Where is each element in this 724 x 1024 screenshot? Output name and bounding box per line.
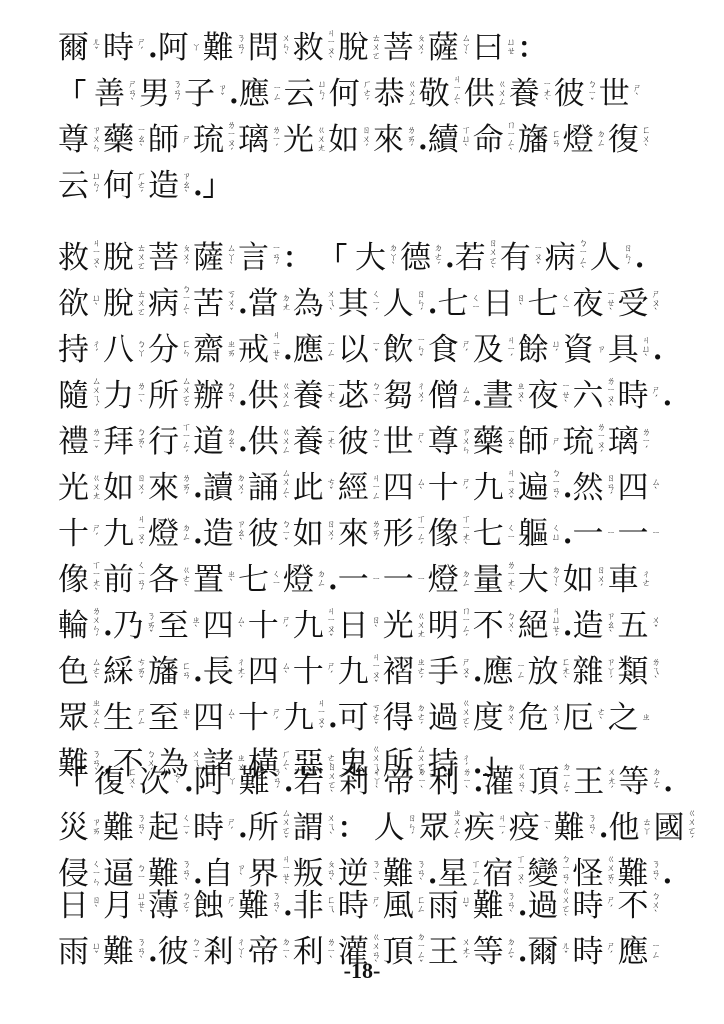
annotated-character: 一ㄧ bbox=[618, 516, 663, 552]
zhuyin-annotation: ㄖˋ bbox=[90, 897, 103, 915]
hanzi: 十 bbox=[248, 608, 279, 644]
punctuation: . bbox=[238, 378, 248, 414]
hanzi: 若 bbox=[455, 240, 486, 276]
hanzi: 等 bbox=[618, 764, 649, 800]
annotated-character: 明ㄇㄧㄥˊ bbox=[428, 608, 473, 644]
annotated-character: 若ㄖㄨㄛˋ bbox=[294, 764, 339, 800]
zhuyin-annotation: ㄗㄨㄣ bbox=[460, 429, 473, 456]
hanzi: 眾 bbox=[419, 810, 450, 846]
hanzi: 應 bbox=[239, 76, 270, 112]
annotated-character: 利ㄌㄧˋ bbox=[429, 764, 474, 800]
annotated-character: 次ㄘˋ bbox=[139, 764, 184, 800]
hanzi: 各 bbox=[148, 562, 179, 598]
annotated-character: 力ㄌㄧˋ bbox=[103, 378, 148, 414]
zhuyin-annotation: ㄌㄧˋ bbox=[135, 383, 148, 410]
zhuyin-annotation: ㄕˊ bbox=[460, 341, 473, 359]
zhuyin-annotation: ㄐㄧㄡˇ bbox=[325, 608, 338, 644]
hanzi: 七 bbox=[438, 286, 469, 322]
hanzi: 續 bbox=[428, 122, 459, 158]
punctuation: . bbox=[518, 888, 528, 924]
annotated-character: 七ㄑㄧ bbox=[528, 286, 573, 322]
hanzi: 」 bbox=[203, 168, 231, 204]
annotated-character: 形ㄒㄧㄥˊ bbox=[383, 516, 428, 552]
zhuyin-annotation: ㄙˋ bbox=[235, 617, 248, 635]
zhuyin-annotation: ㄒㄧㄤˋ bbox=[460, 516, 473, 552]
hanzi: 藥 bbox=[103, 122, 134, 158]
zhuyin-annotation: ㄍㄨㄤ bbox=[315, 127, 328, 154]
punctuation: . bbox=[563, 470, 573, 506]
zhuyin-annotation: ㄆㄨˊ bbox=[180, 245, 193, 272]
hanzi: 七 bbox=[528, 286, 559, 322]
hanzi: . bbox=[238, 424, 248, 460]
zhuyin-annotation: ㄉㄨˊ bbox=[235, 475, 248, 502]
hanzi: 其 bbox=[338, 286, 369, 322]
zhuyin-annotation: ㄧ bbox=[415, 576, 428, 585]
zhuyin-annotation: ㄈㄣ bbox=[180, 341, 193, 359]
hanzi: 經 bbox=[338, 470, 369, 506]
annotated-character: 月ㄩㄝˋ bbox=[103, 888, 148, 924]
hanzi: 人 bbox=[374, 810, 405, 846]
annotated-character: 燈ㄉㄥ bbox=[563, 122, 608, 158]
annotated-character: 十ㄕˊ bbox=[238, 700, 283, 736]
annotated-character: 旛ㄈㄢ bbox=[148, 654, 193, 690]
zhuyin-annotation: ㄦˇ bbox=[90, 39, 103, 57]
hanzi: 以 bbox=[338, 332, 369, 368]
zhuyin-annotation: ㄨㄤˊ bbox=[605, 769, 618, 796]
zhuyin-annotation: ㄖㄣˊ bbox=[622, 245, 635, 272]
zhuyin-annotation: ㄐㄧㄝˋ bbox=[270, 332, 283, 368]
zhuyin-annotation: ㄉㄥ bbox=[315, 571, 328, 589]
zhuyin-annotation: ㄙㄨㄛˇ bbox=[280, 810, 293, 846]
annotated-character: 日ㄖˋ bbox=[338, 608, 383, 644]
annotated-character: 四ㄙˋ bbox=[383, 470, 428, 506]
zhuyin-annotation: ㄅㄧˋ bbox=[370, 383, 383, 410]
zhuyin-annotation: ㄓㄞ bbox=[225, 341, 238, 359]
zhuyin-annotation: ㄋㄢˋ bbox=[135, 815, 148, 842]
hanzi: 四 bbox=[383, 470, 414, 506]
hanzi: 命 bbox=[473, 122, 504, 158]
zhuyin-annotation: ㄙㄚˋ bbox=[460, 35, 473, 62]
annotated-character: 尊ㄗㄨㄣ bbox=[428, 424, 473, 460]
zhuyin-annotation: ㄕˋ bbox=[631, 85, 644, 103]
hanzi: . bbox=[563, 470, 573, 506]
punctuation: . bbox=[103, 608, 113, 644]
zhuyin-annotation: ㄅㄨˋ bbox=[650, 893, 663, 920]
hanzi: 至 bbox=[158, 608, 189, 644]
annotated-character: 言ㄧㄢˊ bbox=[238, 240, 283, 276]
hanzi: 九 bbox=[293, 608, 324, 644]
punctuation: . bbox=[474, 764, 484, 800]
hanzi: 日 bbox=[338, 608, 369, 644]
annotated-character: 持ㄔˊ bbox=[58, 332, 103, 368]
zhuyin-annotation: ㄙㄚˋ bbox=[225, 245, 238, 272]
hanzi: 造 bbox=[148, 168, 179, 204]
annotated-character: 色ㄙㄜˋ bbox=[58, 654, 103, 690]
hanzi: 此 bbox=[293, 470, 324, 506]
hanzi: 如 bbox=[103, 470, 134, 506]
zhuyin-annotation: ㄔㄚˋ bbox=[371, 769, 384, 796]
annotated-character: 造ㄗㄠˋ bbox=[148, 168, 193, 204]
annotated-character: 一ㄧ bbox=[383, 562, 428, 598]
hanzi: . bbox=[635, 240, 645, 276]
annotated-character: 夜ㄧㄝˋ bbox=[573, 286, 618, 322]
hanzi: 薄 bbox=[148, 888, 179, 924]
hanzi: 師 bbox=[518, 424, 549, 460]
annotated-character: 齋ㄓㄞ bbox=[193, 332, 238, 368]
zhuyin-annotation: ㄉㄥˇ bbox=[650, 769, 663, 796]
zhuyin-annotation: ㄐㄧㄡˇ bbox=[370, 654, 383, 690]
annotated-character: 頂ㄉㄧㄥˇ bbox=[528, 764, 573, 800]
zhuyin-annotation: ㄗㄚˊ bbox=[605, 659, 618, 686]
annotated-character: 輪ㄌㄨㄣˊ bbox=[58, 608, 103, 644]
annotated-character: 薩ㄙㄚˋ bbox=[193, 240, 238, 276]
zhuyin-annotation: ㄗㄠˋ bbox=[605, 613, 618, 640]
annotated-character: 光ㄍㄨㄤ bbox=[58, 470, 103, 506]
punctuation: . bbox=[193, 654, 203, 690]
punctuation: ： bbox=[338, 810, 374, 846]
zhuyin-annotation: ㄩˇ bbox=[460, 897, 473, 915]
annotated-character: 尊ㄗㄨㄣ bbox=[58, 122, 103, 158]
zhuyin-annotation: ㄩㄝ bbox=[505, 39, 518, 57]
annotated-character: 風ㄈㄥ bbox=[383, 888, 428, 924]
hanzi: 脫 bbox=[103, 286, 134, 322]
hanzi: . bbox=[563, 608, 573, 644]
text-line: 救ㄐㄧㄡˋ脫ㄊㄨㄛ菩ㄆㄨˊ薩ㄙㄚˋ言ㄧㄢˊ：「大ㄉㄚˋ德ㄉㄜˊ.若ㄖㄨㄛˋ有ㄧㄡ… bbox=[58, 238, 645, 278]
hanzi: 「 bbox=[58, 764, 86, 800]
hanzi: 食 bbox=[428, 332, 459, 368]
annotated-character: 八ㄅㄚ bbox=[103, 332, 148, 368]
zhuyin-annotation: ㄈㄨˋ bbox=[640, 127, 653, 154]
annotated-character: 琉ㄌㄧㄡˊ bbox=[193, 122, 238, 158]
hanzi: 彼 bbox=[338, 424, 369, 460]
zhuyin-annotation: ㄋㄢˋ bbox=[505, 893, 518, 920]
hanzi: . bbox=[473, 654, 483, 690]
annotated-character: 供ㄍㄨㄥ bbox=[464, 76, 509, 112]
annotated-character: 眾ㄓㄨㄥˋ bbox=[419, 810, 464, 846]
zhuyin-annotation: ㄉㄧㄥˇ bbox=[560, 764, 573, 800]
annotated-character: 飲ㄧㄣˇ bbox=[383, 332, 428, 368]
zhuyin-annotation: ㄕˊ bbox=[135, 39, 148, 57]
hanzi: 晝 bbox=[483, 378, 514, 414]
text-line: 云ㄩㄣˊ何ㄏㄜˊ造ㄗㄠˋ.」 bbox=[58, 166, 231, 206]
hanzi: 世 bbox=[599, 76, 630, 112]
hanzi: . bbox=[238, 378, 248, 414]
zhuyin-annotation: ㄌㄟˋ bbox=[650, 659, 663, 686]
hanzi: 供 bbox=[464, 76, 495, 112]
annotated-character: 菩ㄆㄨˊ bbox=[148, 240, 193, 276]
punctuation: . bbox=[283, 332, 293, 368]
hanzi: 一 bbox=[383, 562, 414, 598]
annotated-character: 如ㄖㄨˊ bbox=[293, 516, 338, 552]
zhuyin-annotation: ㄌㄧˊ bbox=[640, 429, 653, 456]
hanzi: 生 bbox=[103, 700, 134, 736]
zhuyin-annotation: ㄗˋ bbox=[235, 865, 248, 883]
hanzi: 具 bbox=[608, 332, 639, 368]
hanzi: 救 bbox=[293, 30, 324, 66]
punctuation: ： bbox=[283, 240, 319, 276]
zhuyin-annotation: ㄖˋ bbox=[370, 617, 383, 635]
zhuyin-annotation: ㄓㄨㄥˋ bbox=[451, 810, 464, 846]
annotated-character: 云ㄩㄣˊ bbox=[284, 76, 329, 112]
hanzi: 敬 bbox=[419, 76, 450, 112]
annotated-character: 若ㄖㄨㄛˋ bbox=[455, 240, 500, 276]
zhuyin-annotation: ㄧㄠˋ bbox=[505, 429, 518, 456]
annotated-character: 何ㄏㄜˊ bbox=[103, 168, 148, 204]
zhuyin-annotation: ㄧˇ bbox=[370, 341, 383, 359]
hanzi: 四 bbox=[248, 654, 279, 690]
annotated-character: 芻ㄔㄨˊ bbox=[383, 378, 428, 414]
zhuyin-annotation: ㄋㄢˋ bbox=[180, 861, 193, 888]
hanzi: 尊 bbox=[428, 424, 459, 460]
annotated-character: 十ㄕˊ bbox=[428, 470, 473, 506]
zhuyin-annotation: ㄘˋ bbox=[171, 773, 184, 791]
zhuyin-annotation: ㄌㄞˊ bbox=[180, 475, 193, 502]
text-line: 像ㄒㄧㄤˋ前ㄑㄧㄢˊ各ㄍㄜˋ置ㄓˋ七ㄑㄧ燈ㄉㄥ.一ㄧ一ㄧ燈ㄉㄥ量ㄌㄧㄤˋ大ㄉㄚˋ… bbox=[58, 560, 653, 600]
punctuation: 「 bbox=[58, 76, 94, 112]
zhuyin-annotation: ㄩˋ bbox=[90, 295, 103, 313]
zhuyin-annotation: ㄉㄠˋ bbox=[225, 429, 238, 456]
annotated-character: 戒ㄐㄧㄝˋ bbox=[238, 332, 283, 368]
hanzi: 有 bbox=[500, 240, 531, 276]
annotated-character: 軀ㄑㄩ bbox=[518, 516, 563, 552]
zhuyin-annotation: ㄙㄨㄥˋ bbox=[280, 470, 293, 506]
zhuyin-annotation: ㄐㄧㄡˇ bbox=[505, 470, 518, 506]
punctuation: . bbox=[193, 516, 203, 552]
zhuyin-annotation: ㄅㄧˇ bbox=[586, 81, 599, 108]
annotated-character: 放ㄈㄤˋ bbox=[528, 654, 573, 690]
annotated-character: 續ㄒㄩˋ bbox=[428, 122, 473, 158]
annotated-character: 類ㄌㄟˋ bbox=[618, 654, 663, 690]
annotated-character: 時ㄕˊ bbox=[193, 810, 238, 846]
hanzi: 讀 bbox=[203, 470, 234, 506]
hanzi: 災 bbox=[58, 810, 89, 846]
zhuyin-annotation: ㄧㄠˋ bbox=[135, 127, 148, 154]
zhuyin-annotation: ㄐㄧㄥˋ bbox=[451, 76, 464, 112]
annotated-character: 四ㄙˋ bbox=[203, 608, 248, 644]
hanzi: . bbox=[238, 810, 248, 846]
punctuation: . bbox=[193, 168, 203, 204]
hanzi: 復 bbox=[608, 122, 639, 158]
hanzi: 僧 bbox=[428, 378, 459, 414]
hanzi: 不 bbox=[618, 888, 649, 924]
hanzi: 王 bbox=[573, 764, 604, 800]
zhuyin-annotation: ㄉㄜˊ bbox=[415, 705, 428, 732]
hanzi: 所 bbox=[148, 378, 179, 414]
hanzi: 脫 bbox=[103, 240, 134, 276]
hanzi: 像 bbox=[58, 562, 89, 598]
annotated-character: 難ㄋㄢˋ bbox=[238, 888, 283, 924]
zhuyin-annotation: ㄩㄣˊ bbox=[90, 173, 103, 200]
zhuyin-annotation: ㄏㄜˊ bbox=[135, 173, 148, 200]
zhuyin-annotation: ㄒㄩˋ bbox=[460, 127, 473, 154]
zhuyin-annotation: ㄕ bbox=[550, 438, 563, 447]
annotated-character: 供ㄍㄨㄥ bbox=[248, 378, 293, 414]
hanzi: . bbox=[283, 332, 293, 368]
zhuyin-annotation: ㄧㄤˋ bbox=[325, 429, 338, 456]
annotated-character: 養ㄧㄤˋ bbox=[509, 76, 554, 112]
hanzi: 及 bbox=[473, 332, 504, 368]
zhuyin-annotation: ㄧㄣˇ bbox=[415, 337, 428, 364]
hanzi: 云 bbox=[58, 168, 89, 204]
annotated-character: 造ㄗㄠˋ bbox=[573, 608, 618, 644]
annotated-character: 不ㄅㄨˋ bbox=[618, 888, 663, 924]
text-line: 災ㄗㄞ難ㄋㄢˋ起ㄑㄧˇ時ㄕˊ.所ㄙㄨㄛˇ謂ㄨㄟˋ：人ㄖㄣˊ眾ㄓㄨㄥˋ疾ㄐㄧˊ疫ㄧ… bbox=[58, 808, 699, 848]
hanzi: 爾 bbox=[58, 30, 89, 66]
zhuyin-annotation: ㄎㄨˇ bbox=[225, 291, 238, 318]
hanzi: 藥 bbox=[473, 424, 504, 460]
zhuyin-annotation: ㄓㄜˊ bbox=[415, 659, 428, 686]
hanzi: 供 bbox=[248, 378, 279, 414]
zhuyin-annotation: ㄌㄧㄡˋ bbox=[605, 378, 618, 414]
annotated-character: 復ㄈㄨˋ bbox=[608, 122, 653, 158]
annotated-character: 疾ㄐㄧˊ bbox=[464, 810, 509, 846]
hanzi: 彼 bbox=[554, 76, 585, 112]
zhuyin-annotation: ㄐㄧˊ bbox=[505, 337, 518, 364]
zhuyin-annotation: ㄅㄢˋ bbox=[225, 383, 238, 410]
hanzi: . bbox=[599, 810, 609, 846]
hanzi: 十 bbox=[238, 700, 269, 736]
hanzi: 十 bbox=[428, 470, 459, 506]
zhuyin-annotation: ㄧㄤˋ bbox=[541, 81, 554, 108]
annotated-character: 五ㄨˇ bbox=[618, 608, 663, 644]
annotated-character: 十ㄕˊ bbox=[58, 516, 103, 552]
zhuyin-annotation: ㄌㄧㄡˊ bbox=[225, 122, 238, 158]
annotated-character: 薄ㄅㄛˊ bbox=[148, 888, 193, 924]
hanzi: 人 bbox=[590, 240, 621, 276]
zhuyin-annotation: ㄆㄢˋ bbox=[325, 861, 338, 888]
zhuyin-annotation: ㄊㄨㄛ bbox=[135, 245, 148, 272]
hanzi: 難 bbox=[103, 810, 134, 846]
zhuyin-annotation: ㄓˋ bbox=[225, 571, 238, 589]
hanzi: 六 bbox=[573, 378, 604, 414]
zhuyin-annotation: ㄍㄨㄥ bbox=[280, 383, 293, 410]
hanzi: 頂 bbox=[528, 764, 559, 800]
annotated-character: 道ㄉㄠˋ bbox=[193, 424, 238, 460]
zhuyin-annotation: ㄌㄧˇ bbox=[90, 429, 103, 456]
zhuyin-annotation: ㄉㄤ bbox=[280, 295, 293, 313]
annotated-character: 僧ㄙㄥ bbox=[428, 378, 473, 414]
hanzi: 分 bbox=[148, 332, 179, 368]
text-line: 日ㄖˋ月ㄩㄝˋ薄ㄅㄛˊ蝕ㄕˊ難ㄋㄢˋ.非ㄈㄟ時ㄕˊ風ㄈㄥ雨ㄩˇ難ㄋㄢˋ.過ㄍㄨㄛ… bbox=[58, 886, 663, 926]
hanzi: 欲 bbox=[58, 286, 89, 322]
annotated-character: 應ㄧㄥ bbox=[483, 654, 528, 690]
hanzi: 光 bbox=[383, 608, 414, 644]
annotated-character: 褶ㄓㄜˊ bbox=[383, 654, 428, 690]
punctuation: . bbox=[238, 424, 248, 460]
annotated-character: 以ㄧˇ bbox=[338, 332, 383, 368]
zhuyin-annotation: ㄍㄨㄤ bbox=[415, 613, 428, 640]
annotated-character: 誦ㄙㄨㄥˋ bbox=[248, 470, 293, 506]
punctuation: . bbox=[283, 888, 293, 924]
annotated-character: 禮ㄌㄧˇ bbox=[58, 424, 103, 460]
hanzi: 一 bbox=[573, 516, 604, 552]
hanzi: . bbox=[328, 562, 338, 598]
annotated-character: 如ㄖㄨˊ bbox=[328, 122, 373, 158]
hanzi: 危 bbox=[518, 700, 549, 736]
punctuation: . bbox=[428, 286, 438, 322]
text-line: 十ㄕˊ九ㄐㄧㄡˇ燈ㄉㄥ.造ㄗㄠˋ彼ㄅㄧˇ如ㄖㄨˊ來ㄌㄞˊ形ㄒㄧㄥˊ像ㄒㄧㄤˋ七ㄑ… bbox=[58, 514, 663, 554]
hanzi: 長 bbox=[203, 654, 234, 690]
zhuyin-annotation: ㄙㄨㄟˊ bbox=[90, 378, 103, 414]
hanzi: 過 bbox=[528, 888, 559, 924]
punctuation: . bbox=[148, 30, 158, 66]
annotated-character: 度ㄉㄨˋ bbox=[473, 700, 518, 736]
zhuyin-annotation: ㄔˊ bbox=[90, 341, 103, 359]
zhuyin-annotation: ㄈㄤˋ bbox=[560, 659, 573, 686]
text-line: 禮ㄌㄧˇ拜ㄅㄞˋ行ㄒㄧㄥˊ道ㄉㄠˋ.供ㄍㄨㄥ養ㄧㄤˋ彼ㄅㄧˇ世ㄕˋ尊ㄗㄨㄣ藥ㄧㄠ… bbox=[58, 422, 653, 462]
annotated-character: 生ㄕㄥ bbox=[103, 700, 148, 736]
zhuyin-annotation: ㄒㄧㄥˊ bbox=[180, 424, 193, 460]
annotated-character: 病ㄅㄧㄥˋ bbox=[545, 240, 590, 276]
zhuyin-annotation: ㄅㄧㄢˋ bbox=[550, 470, 563, 506]
annotated-character: 乃ㄋㄞˇ bbox=[113, 608, 158, 644]
zhuyin-annotation: ㄊㄨㄛ bbox=[135, 291, 148, 318]
hanzi: . bbox=[103, 608, 113, 644]
hanzi: . bbox=[193, 168, 203, 204]
hanzi: ： bbox=[338, 810, 366, 846]
zhuyin-annotation: ㄅㄨˋ bbox=[505, 613, 518, 640]
text-line: 隨ㄙㄨㄟˊ力ㄌㄧˋ所ㄙㄨㄛˇ辦ㄅㄢˋ.供ㄍㄨㄥ養ㄧㄤˋ苾ㄅㄧˋ芻ㄔㄨˊ僧ㄙㄥ.晝… bbox=[58, 376, 672, 416]
hanzi: 夜 bbox=[528, 378, 559, 414]
annotated-character: 其ㄑㄧˊ bbox=[338, 286, 383, 322]
annotated-character: 得ㄉㄜˊ bbox=[383, 700, 428, 736]
annotated-character: 人ㄖㄣˊ bbox=[383, 286, 428, 322]
zhuyin-annotation: ㄜˋ bbox=[595, 709, 608, 727]
hanzi: 前 bbox=[103, 562, 134, 598]
punctuation: . bbox=[328, 700, 338, 736]
annotated-character: 德ㄉㄜˊ bbox=[400, 240, 445, 276]
hanzi: . bbox=[473, 378, 483, 414]
hanzi: . bbox=[193, 470, 203, 506]
annotated-character: 九ㄐㄧㄡˇ bbox=[293, 608, 338, 644]
annotated-character: 曰ㄩㄝ bbox=[473, 30, 518, 66]
annotated-character: 如ㄖㄨˊ bbox=[563, 562, 608, 598]
hanzi: 難 bbox=[473, 888, 504, 924]
zhuyin-annotation: ㄅㄧ bbox=[135, 865, 148, 883]
annotated-character: 十ㄕˊ bbox=[248, 608, 293, 644]
annotated-character: 遍ㄅㄧㄢˋ bbox=[518, 470, 563, 506]
hanzi: 薩 bbox=[193, 240, 224, 276]
annotated-character: 前ㄑㄧㄢˊ bbox=[103, 562, 148, 598]
hanzi: 利 bbox=[429, 764, 460, 800]
annotated-character: 時ㄕˊ bbox=[618, 378, 663, 414]
annotated-character: 藥ㄧㄠˋ bbox=[473, 424, 518, 460]
zhuyin-annotation: ㄌㄞˊ bbox=[405, 127, 418, 154]
hanzi: 雨 bbox=[428, 888, 459, 924]
zhuyin-annotation: ㄓˋ bbox=[190, 617, 203, 635]
hanzi: 風 bbox=[383, 888, 414, 924]
annotated-character: 之ㄓ bbox=[608, 700, 653, 736]
hanzi: 綵 bbox=[103, 654, 134, 690]
annotated-character: 脫ㄊㄨㄛ bbox=[103, 286, 148, 322]
punctuation: . bbox=[663, 764, 673, 800]
annotated-character: 阿ㄚ bbox=[194, 764, 239, 800]
annotated-character: 長ㄔㄤˊ bbox=[203, 654, 248, 690]
hanzi: 一 bbox=[618, 516, 649, 552]
text-line: 持ㄔˊ八ㄅㄚ分ㄈㄣ齋ㄓㄞ戒ㄐㄧㄝˋ.應ㄧㄥ以ㄧˇ飲ㄧㄣˇ食ㄕˊ及ㄐㄧˊ餘ㄩˊ資ㄗ… bbox=[58, 330, 663, 370]
annotated-character: 七ㄑㄧ bbox=[438, 286, 483, 322]
annotated-character: 過ㄍㄨㄛˋ bbox=[428, 700, 473, 736]
annotated-character: 男ㄋㄢˊ bbox=[139, 76, 184, 112]
hanzi: 度 bbox=[473, 700, 504, 736]
annotated-character: 難ㄋㄢˋ bbox=[554, 810, 599, 846]
hanzi: 手 bbox=[428, 654, 459, 690]
zhuyin-annotation: ㄌㄧㄤˋ bbox=[505, 562, 518, 598]
zhuyin-annotation: ㄒㄧㄥˊ bbox=[415, 516, 428, 552]
annotated-character: 起ㄑㄧˇ bbox=[148, 810, 193, 846]
zhuyin-annotation: ㄕˊ bbox=[270, 709, 283, 727]
zhuyin-annotation: ㄧㄢˊ bbox=[270, 245, 283, 272]
